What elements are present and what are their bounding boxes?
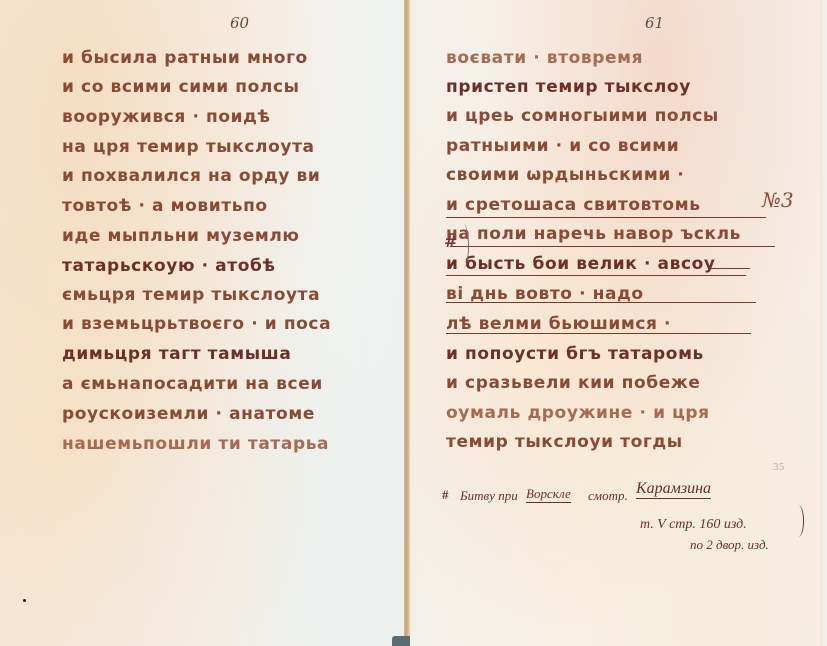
text-line: товтоѣ · а мовитьпо xyxy=(62,196,268,216)
text-line: татарьскоую · атобѣ xyxy=(62,256,276,276)
text-line: пристеп темир тыкслоу xyxy=(446,77,691,97)
ink-speck xyxy=(23,599,26,602)
text-line underlined: лѣ велми бьюшимся · xyxy=(446,314,671,334)
text-line: своими ωрдыньскими · xyxy=(446,165,684,185)
text-line: и попоусти бгъ татаромь xyxy=(446,344,704,364)
underline-rule xyxy=(450,246,775,247)
underline-rule xyxy=(446,275,746,276)
text-line: темир тыкслоуи тогды xyxy=(446,432,683,452)
text-line: ємьцря темир тыкслоута xyxy=(62,285,320,305)
text-line: ратныими · и со всими xyxy=(446,136,679,156)
right-page: 61 воєвати · втовремя пристеп темир тыкс… xyxy=(410,0,827,646)
footnote-bracket xyxy=(793,505,804,537)
text-line: вооружився · поидѣ xyxy=(62,107,271,127)
text-line: на цря темир тыкслоута xyxy=(62,137,315,157)
underline-rule xyxy=(446,302,756,303)
footnote-text: Битву при xyxy=(460,488,518,504)
text-line underlined: ві днь вовто · надо xyxy=(446,284,644,304)
margin-bracket xyxy=(458,224,469,268)
text-line underlined: и бысть бои велик · авсоу xyxy=(446,254,716,274)
side-number-mark: №3 xyxy=(762,188,794,212)
footnote-text: смотр. xyxy=(588,488,628,504)
footnote-marker: # xyxy=(442,487,449,503)
page-edge xyxy=(820,0,827,646)
page-number-left: 60 xyxy=(230,14,249,32)
text-line: воєвати · втовремя xyxy=(446,48,643,68)
underline-rule xyxy=(446,217,766,218)
text-line: и похвалился на орду ви xyxy=(62,166,320,186)
folio-number: 35 xyxy=(773,463,784,473)
footnote-text: по 2 двор. изд. xyxy=(690,537,769,553)
text-line: иде мыпльни муземлю xyxy=(62,226,300,246)
text-line: и сразьвели кии побежe xyxy=(446,373,701,393)
margin-hash-mark: # xyxy=(444,232,457,251)
text-line underlined: и сретошаса свитовтомь xyxy=(446,195,701,215)
footnote-text: Карамзина xyxy=(636,480,711,499)
text-line: и вземьцрьтвоєго · и поса xyxy=(62,314,331,334)
page-number-right: 61 xyxy=(645,14,664,32)
text-line: роускоиземли · анатоме xyxy=(62,404,315,424)
footnote-text: Ворскле xyxy=(526,486,571,503)
left-page: 60 и бысила ратныи много и со всими сими… xyxy=(0,0,404,646)
text-line: димьцря тагт тамыша xyxy=(62,344,291,364)
text-line underlined: на поли наречь навор ъскль xyxy=(446,224,741,244)
manuscript-spread: 60 и бысила ратныи много и со всими сими… xyxy=(0,0,827,646)
text-line: а ємьнапосадити на всеи xyxy=(62,374,323,394)
footnote-text: т. V стр. 160 изд. xyxy=(640,517,747,533)
text-line: оумаль дроужине · и цря xyxy=(446,403,710,423)
text-line: и со всими сими полсы xyxy=(62,77,300,97)
text-line: нашемьпошли ти татарьа xyxy=(62,434,329,454)
text-line: и цреь сомногыими полсы xyxy=(446,106,719,126)
text-line: и бысила ратныи много xyxy=(62,48,308,68)
underline-rule xyxy=(446,333,751,334)
underline-rule xyxy=(710,268,750,269)
